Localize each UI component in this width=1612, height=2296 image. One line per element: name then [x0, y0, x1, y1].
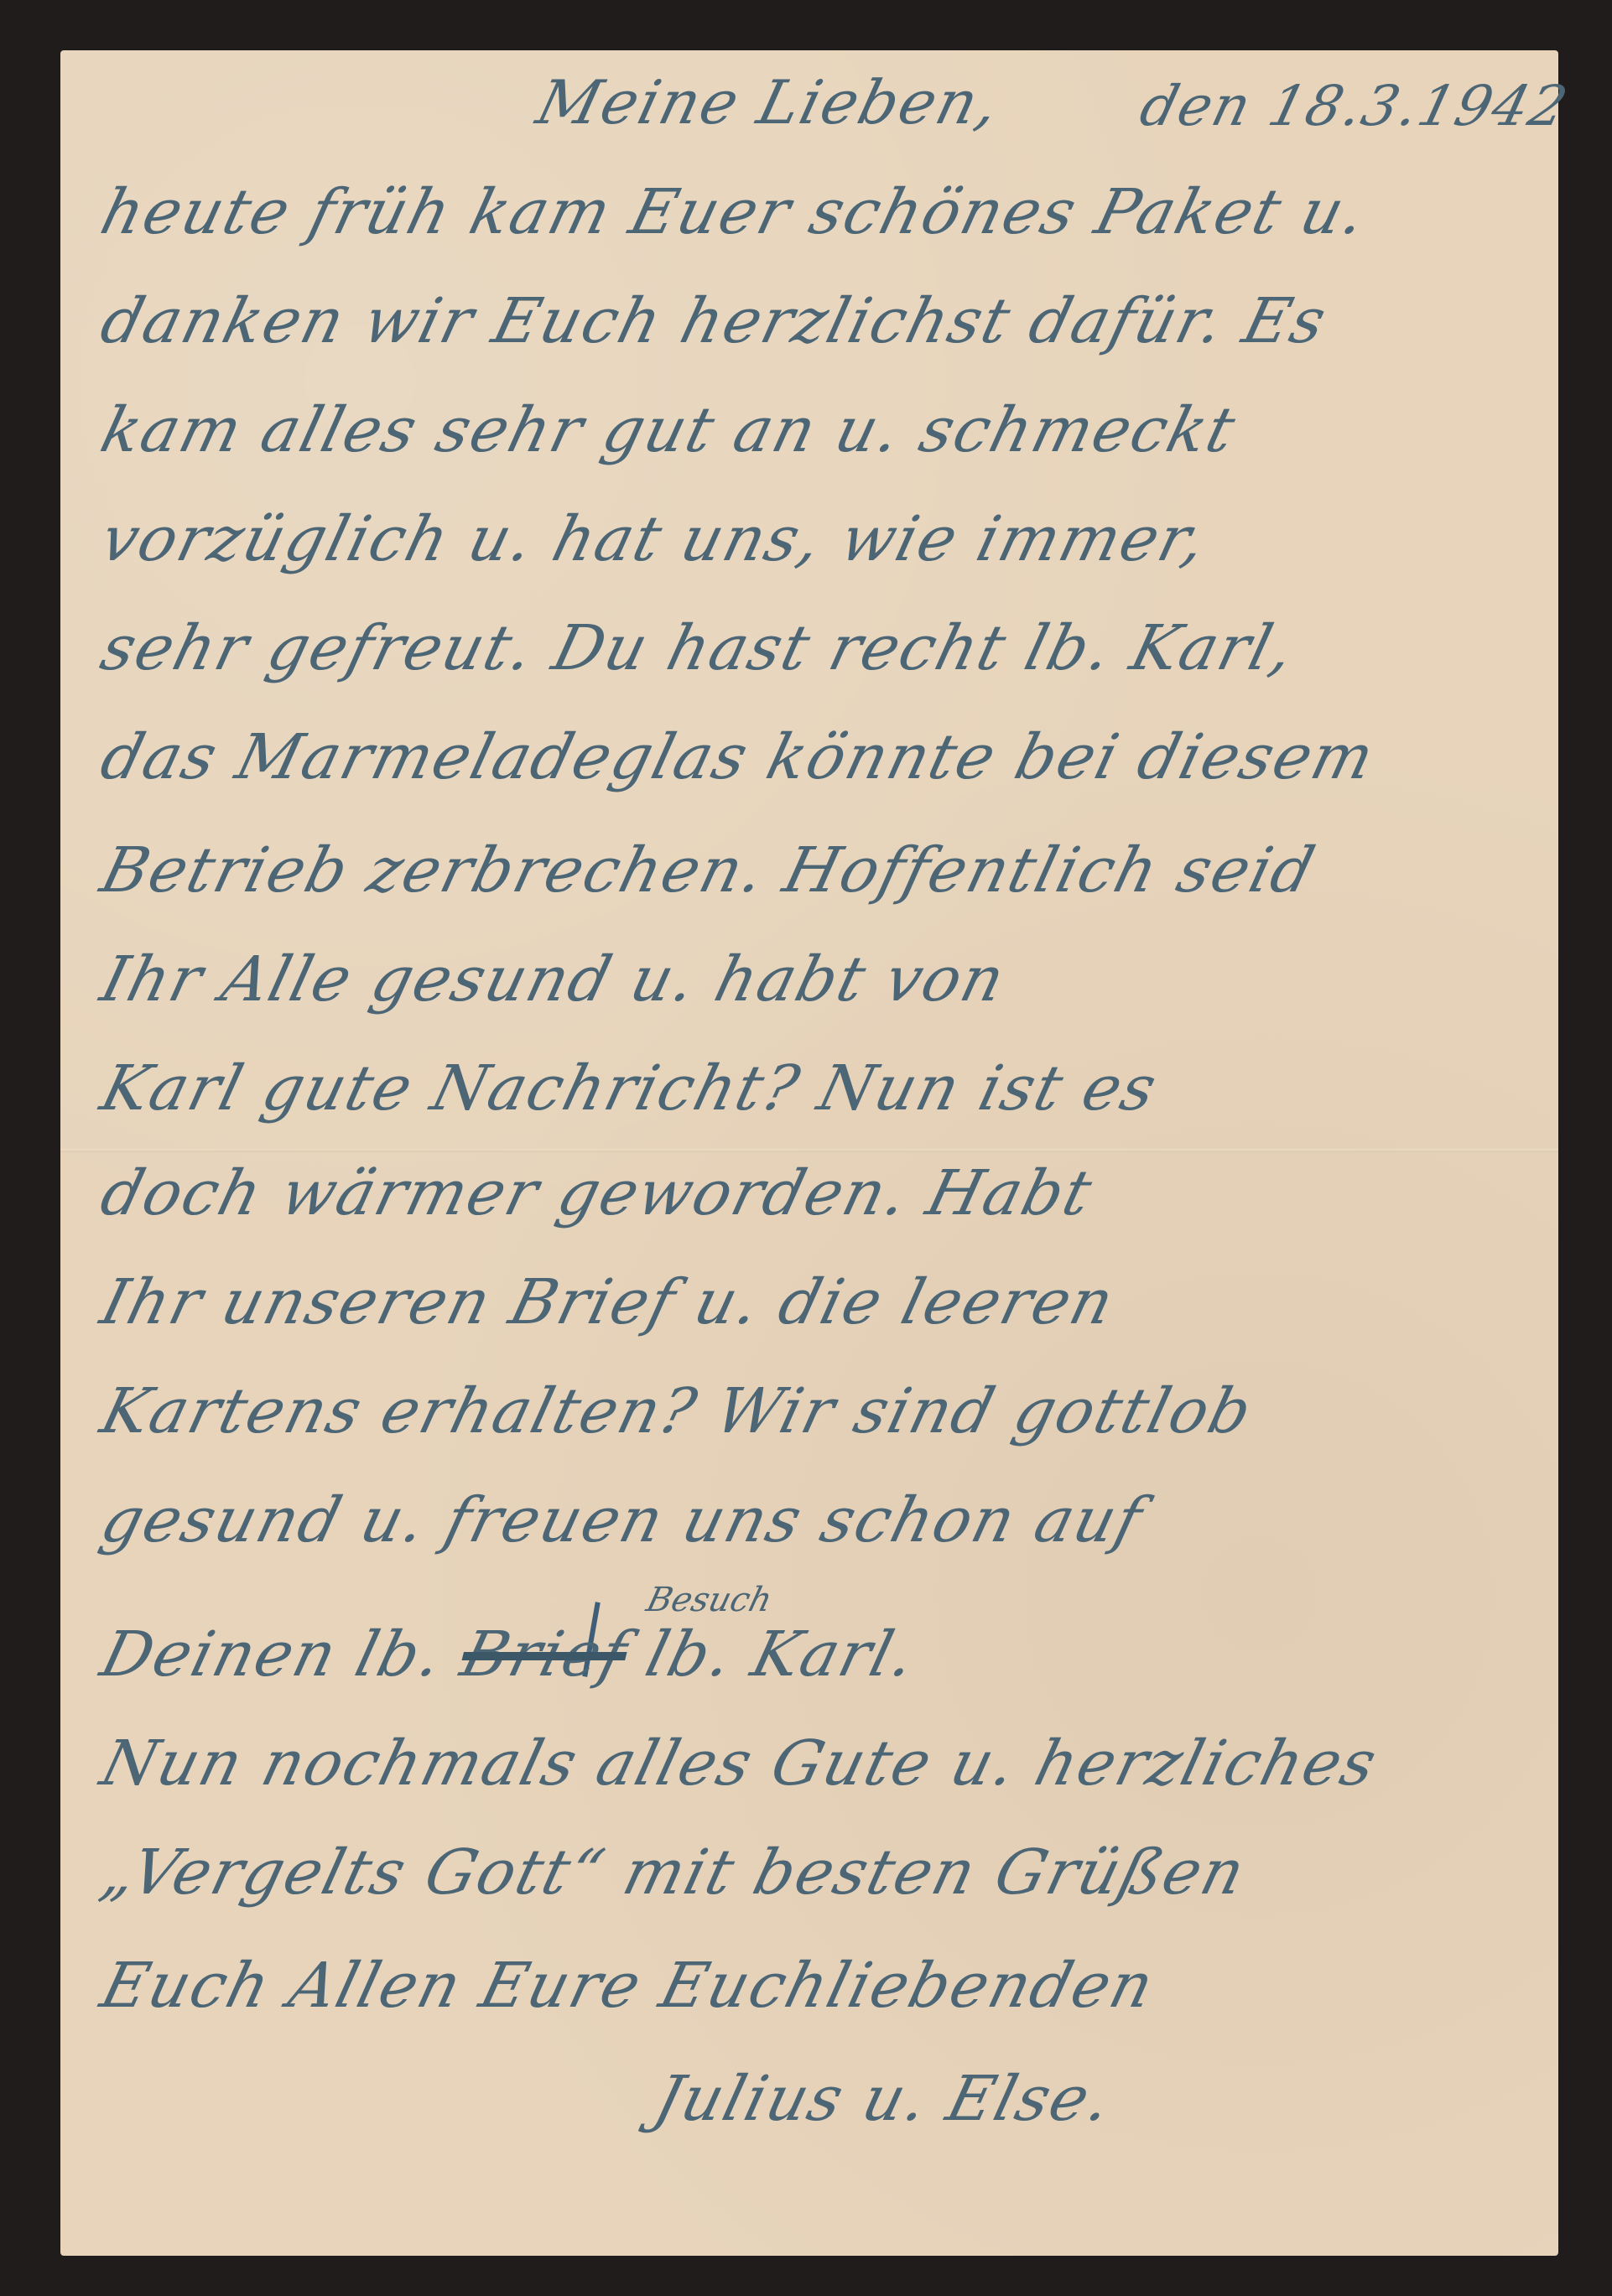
body-line-6: das Marmeladeglas könnte bei diesem: [94, 721, 1382, 793]
struck-word: Brief: [455, 1618, 636, 1691]
inserted-word: Besuch: [642, 1581, 776, 1619]
body-line-1: heute früh kam Euer schönes Paket u.: [94, 176, 1374, 248]
correction-before: Deinen lb.: [94, 1618, 472, 1691]
body-line-13: gesund u. freuen uns schon auf: [94, 1484, 1150, 1556]
body-line-11: Ihr unseren Brief u. die leeren: [94, 1266, 1122, 1338]
body-line-4: vorzüglich u. hat uns, wie immer,: [94, 503, 1214, 575]
letter-paper: Meine Lieben, den 18.3.1942 heute früh k…: [60, 50, 1558, 2256]
signature: Julius u. Else.: [647, 2063, 1120, 2135]
body-line-12: Kartens erhalten? Wir sind gottlob: [94, 1375, 1260, 1447]
body-line-7: Betrieb zerbrechen. Hoffentlich seid: [94, 834, 1323, 906]
body-line-2: danken wir Euch herzlichst dafür. Es: [94, 285, 1334, 357]
body-line-3: kam alles sehr gut an u. schmeckt: [94, 394, 1244, 466]
body-line-10: doch wärmer geworden. Habt: [94, 1157, 1100, 1229]
correction-after: lb. Karl.: [617, 1618, 923, 1691]
closing-line-2: „Vergelts Gott“ mit besten Grüßen: [94, 1836, 1253, 1909]
salutation: Meine Lieben,: [530, 67, 1008, 138]
closing-line-1: Nun nochmals alles Gute u. herzliches: [94, 1727, 1385, 1800]
body-line-9: Karl gute Nachricht? Nun ist es: [94, 1052, 1165, 1125]
letter-date: den 18.3.1942: [1134, 74, 1575, 138]
closing-line-3: Euch Allen Eure Euchliebenden: [94, 1950, 1162, 2022]
paper-fold-crease: [60, 1149, 1558, 1152]
body-line-5: sehr gefreut. Du hast recht lb. Karl,: [94, 612, 1303, 684]
body-line-8: Ihr Alle gesund u. habt von: [94, 943, 1013, 1016]
correction-line: Deinen lb. Brief lb. Karl.: [94, 1618, 923, 1691]
